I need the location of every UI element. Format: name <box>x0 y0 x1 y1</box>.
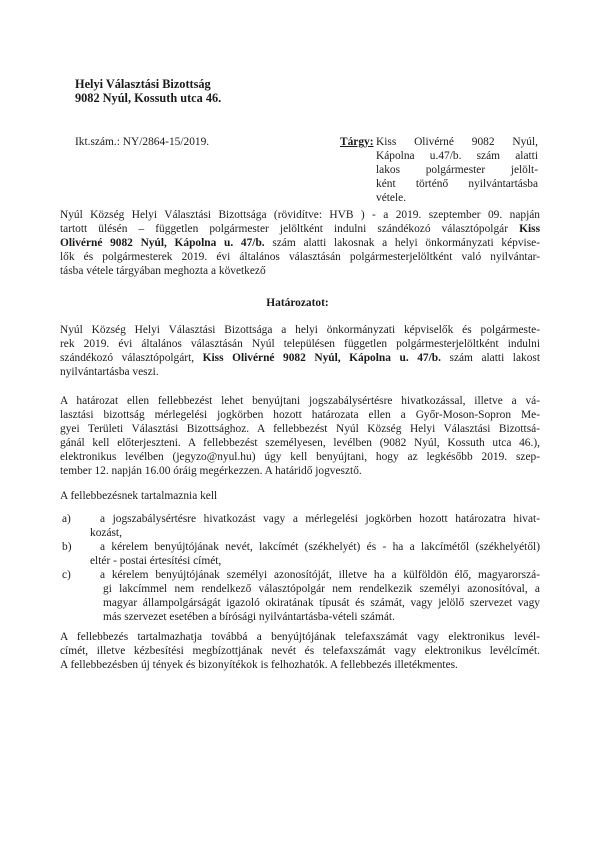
text-line: tartott ülésén – független polgármester … <box>60 223 540 236</box>
subject-label: Tárgy: <box>340 136 374 149</box>
text-line: A fellebbezés tartalmazhatja továbbá a b… <box>60 631 540 644</box>
text-line: A fellebbezésben új tények és bizonyíték… <box>60 659 540 672</box>
applicant-name: Kiss <box>519 223 540 235</box>
subject-line: Kápolna u.47/b. szám alatti <box>376 150 538 163</box>
text-span: szándékozó választópolgárt, <box>60 352 203 364</box>
subject-line: vétele. <box>376 192 538 205</box>
decision-title: Határozatot: <box>0 297 595 310</box>
text-span: szám alatti lakosnak a helyi önkormányza… <box>265 237 540 249</box>
list-label: b) <box>62 541 72 554</box>
subject-line: Kiss Olivérné 9082 Nyúl, <box>376 136 538 149</box>
text-span: tartott ülésén – független polgármester … <box>60 223 519 235</box>
text-line: a kérelem benyújtójának személyi azonosí… <box>100 569 540 582</box>
text-line: Nyúl Község Helyi Választási Bizottsága … <box>60 209 540 222</box>
subject-line: ként történő nyilvántartásba <box>376 178 538 191</box>
applicant-name-address: Kiss Olivérné 9082 Nyúl, Kápolna u. 47/b… <box>203 352 441 364</box>
text-line: a kérelem benyújtójának nevét, lakcímét … <box>100 541 540 554</box>
applicant-address: Olivérné 9082 Nyúl, Kápolna u. 47/b. <box>60 237 265 249</box>
text-line: rek 2019. évi általános választásán Nyúl… <box>60 338 540 351</box>
text-line: lasztási bizottság mérlegelési jogkörben… <box>60 409 540 422</box>
text-line: gi lakcímmel nem rendelkező választópolg… <box>103 583 540 596</box>
text-line: magyar állampolgárságát igazoló okiratán… <box>103 597 540 610</box>
text-line: Nyúl Község Helyi Választási Bizottsága … <box>60 324 540 337</box>
text-line: Olivérné 9082 Nyúl, Kápolna u. 47/b. szá… <box>60 237 540 250</box>
text-line: tásba vétele tárgyában meghozta a követk… <box>60 265 540 278</box>
list-label: a) <box>62 513 71 526</box>
text-line: eltér - postai értesítési címét, <box>90 555 221 568</box>
reference-number: Ikt.szám.: NY/2864-15/2019. <box>75 136 209 149</box>
text-line: tember 12. napján 16.00 óráig megérkezze… <box>60 465 540 478</box>
text-line: lők és polgármesterek 2019. évi általáno… <box>60 251 540 264</box>
issuer-address: 9082 Nyúl, Kossuth utca 46. <box>75 92 221 105</box>
text-line: gánál kell előterjeszteni. A fellebbezés… <box>60 437 540 450</box>
text-line: elektronikus levélben (jegyzo@nyul.hu) ú… <box>60 451 540 464</box>
text-line: szándékozó választópolgárt, Kiss Olivérn… <box>60 352 540 365</box>
text-line: A határozat ellen fellebbezést lehet ben… <box>60 395 540 408</box>
text-line: címét, illetve kézbesítési megbízottjána… <box>60 645 540 658</box>
text-line: más szervezet esetében a bírósági nyilvá… <box>103 611 540 624</box>
text-span: szám alatti lakost <box>441 352 540 364</box>
text-line: kozást, <box>90 527 122 540</box>
issuer-name: Helyi Választási Bizottság <box>75 78 211 91</box>
text-line: nyilvántartásba veszi. <box>60 366 540 379</box>
subject-line: lakos polgármester jelölt- <box>376 164 538 177</box>
text-line: a jogszabálysértésre hivatkozást vagy a … <box>100 513 540 526</box>
list-label: c) <box>62 569 71 582</box>
contents-title: A fellebbezésnek tartalmaznia kell <box>60 490 217 503</box>
text-line: gyei Területi Választási Bizottsághoz. A… <box>60 423 540 436</box>
